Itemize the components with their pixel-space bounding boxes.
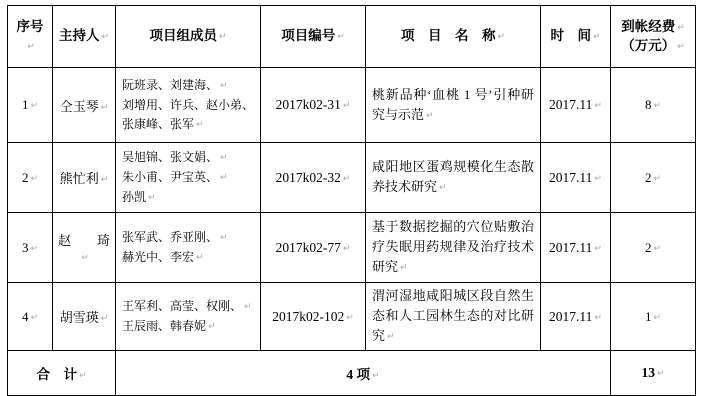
cell-host: 胡雪瑛 — [53, 283, 116, 351]
member-line: 张军武、乔亚刚、 — [122, 228, 256, 248]
table-row: 3 赵 琦 张军武、乔亚刚、 赫光中、李宏 2017k02-77 基于数据挖掘的… — [8, 213, 696, 283]
cell-members: 吴旭锦、张文娟、 朱小甫、尹宝英、 孙凯 — [116, 143, 261, 213]
cell-no: 2 — [8, 143, 53, 213]
header-time-label: 时 间 — [550, 28, 600, 43]
cell-fund: 1 — [611, 283, 696, 351]
cell-members: 张军武、乔亚刚、 赫光中、李宏 — [116, 213, 261, 283]
project-fund: 8 — [645, 97, 661, 112]
cell-name: 渭河湿地咸阳城区段自然生态和人工园林生态的对比研究 — [366, 283, 541, 351]
cell-host: 仝玉琴 — [53, 68, 116, 143]
table-row: 2 熊忙利 吴旭锦、张文娟、 朱小甫、尹宝英、 孙凯 2017k02-32 咸阳… — [8, 143, 696, 213]
cell-members: 王军利、高莹、权刚、 王辰雨、韩春妮 — [116, 283, 261, 351]
project-time: 2017.11 — [549, 240, 602, 255]
header-cell-name: 项 目 名 称 — [366, 6, 541, 68]
footer-count-cell: 4 项 — [116, 351, 611, 396]
header-cell-host: 主持人 — [53, 6, 116, 68]
footer-row: 合 计 4 项 13 — [8, 351, 696, 396]
project-name: 基于数据挖掘的穴位贴敷治疗失眠用药规律及治疗技术研究 — [372, 219, 534, 274]
member-line: 王辰雨、韩春妮 — [122, 317, 256, 337]
cell-name: 基于数据挖掘的穴位贴敷治疗失眠用药规律及治疗技术研究 — [366, 213, 541, 283]
project-fund: 2 — [645, 170, 661, 185]
cell-time: 2017.11 — [541, 283, 611, 351]
cell-name: 咸阳地区蛋鸡规模化生态散养技术研究 — [366, 143, 541, 213]
header-host-label: 主持人 — [59, 28, 109, 43]
table-row: 1 仝玉琴 阮班录、刘建海、 刘增用、许兵、赵小弟、 张康峰、张军 2017k0… — [8, 68, 696, 143]
header-fund-label-line1: 到帐经费 — [615, 18, 691, 36]
header-no-label: 序号 — [17, 19, 44, 52]
table-row: 4 胡雪瑛 王军利、高莹、权刚、 王辰雨、韩春妮 2017k02-102 渭河湿… — [8, 283, 696, 351]
cell-no: 3 — [8, 213, 53, 283]
member-line: 王军利、高莹、权刚、 — [122, 297, 256, 317]
project-code: 2017k02-32 — [276, 170, 351, 185]
host-name: 胡雪瑛 — [60, 310, 109, 325]
member-line: 孙凯 — [122, 188, 256, 208]
member-line: 朱小甫、尹宝英、 — [122, 168, 256, 188]
project-code: 2017k02-77 — [276, 240, 351, 255]
project-time: 2017.11 — [549, 97, 602, 112]
cell-members: 阮班录、刘建海、 刘增用、许兵、赵小弟、 张康峰、张军 — [116, 68, 261, 143]
footer-label: 合 计 — [36, 367, 86, 382]
header-fund-label-line2: （万元） — [615, 37, 691, 55]
cell-fund: 8 — [611, 68, 696, 143]
host-name: 仝玉琴 — [60, 99, 109, 114]
document-page: 序号 主持人 项目组成员 项目编号 项 目 名 称 时 间 到帐经费 （万元） … — [0, 0, 701, 396]
header-code-label: 项目编号 — [281, 28, 345, 43]
project-name: 咸阳地区蛋鸡规模化生态散养技术研究 — [372, 159, 534, 194]
cell-code: 2017k02-102 — [261, 283, 366, 351]
project-code: 2017k02-102 — [272, 309, 354, 324]
member-line: 刘增用、许兵、赵小弟、 — [122, 96, 256, 115]
footer-label-cell: 合 计 — [8, 351, 116, 396]
project-time: 2017.11 — [549, 309, 602, 324]
footer-total-cell: 13 — [611, 351, 696, 396]
footer-total: 13 — [641, 365, 664, 380]
project-fund: 2 — [645, 240, 661, 255]
cell-code: 2017k02-32 — [261, 143, 366, 213]
cell-code: 2017k02-31 — [261, 68, 366, 143]
header-cell-time: 时 间 — [541, 6, 611, 68]
header-cell-no: 序号 — [8, 6, 53, 68]
member-line: 赫光中、李宏 — [122, 248, 256, 268]
header-name-label: 项 目 名 称 — [401, 28, 505, 43]
cell-fund: 2 — [611, 143, 696, 213]
cell-time: 2017.11 — [541, 213, 611, 283]
header-cell-fund: 到帐经费 （万元） — [611, 6, 696, 68]
host-name: 熊忙利 — [60, 171, 109, 186]
cell-time: 2017.11 — [541, 143, 611, 213]
member-line: 张康峰、张军 — [122, 115, 256, 135]
projects-table: 序号 主持人 项目组成员 项目编号 项 目 名 称 时 间 到帐经费 （万元） … — [7, 5, 696, 396]
cell-code: 2017k02-77 — [261, 213, 366, 283]
cell-no: 4 — [8, 283, 53, 351]
row-number: 4 — [22, 309, 38, 324]
cell-name: 桃新品种‘血桃 1 号’引种研究与示范 — [366, 68, 541, 143]
project-code: 2017k02-31 — [276, 97, 351, 112]
row-number: 1 — [22, 97, 38, 112]
header-cell-members: 项目组成员 — [116, 6, 261, 68]
member-line: 阮班录、刘建海、 — [122, 76, 256, 96]
row-number: 2 — [22, 170, 38, 185]
cell-host: 赵 琦 — [53, 213, 116, 283]
project-name: 桃新品种‘血桃 1 号’引种研究与示范 — [372, 87, 534, 122]
member-line: 吴旭锦、张文娟、 — [122, 148, 256, 168]
cell-time: 2017.11 — [541, 68, 611, 143]
project-fund: 1 — [645, 309, 661, 324]
row-number: 3 — [22, 240, 38, 255]
host-name: 赵 琦 — [58, 233, 110, 264]
header-cell-code: 项目编号 — [261, 6, 366, 68]
cell-host: 熊忙利 — [53, 143, 116, 213]
cell-fund: 2 — [611, 213, 696, 283]
cell-no: 1 — [8, 68, 53, 143]
footer-count: 4 项 — [346, 367, 379, 382]
project-time: 2017.11 — [549, 170, 602, 185]
header-row: 序号 主持人 项目组成员 项目编号 项 目 名 称 时 间 到帐经费 （万元） — [8, 6, 696, 68]
header-members-label: 项目组成员 — [149, 28, 226, 43]
project-name: 渭河湿地咸阳城区段自然生态和人工园林生态的对比研究 — [372, 288, 534, 343]
